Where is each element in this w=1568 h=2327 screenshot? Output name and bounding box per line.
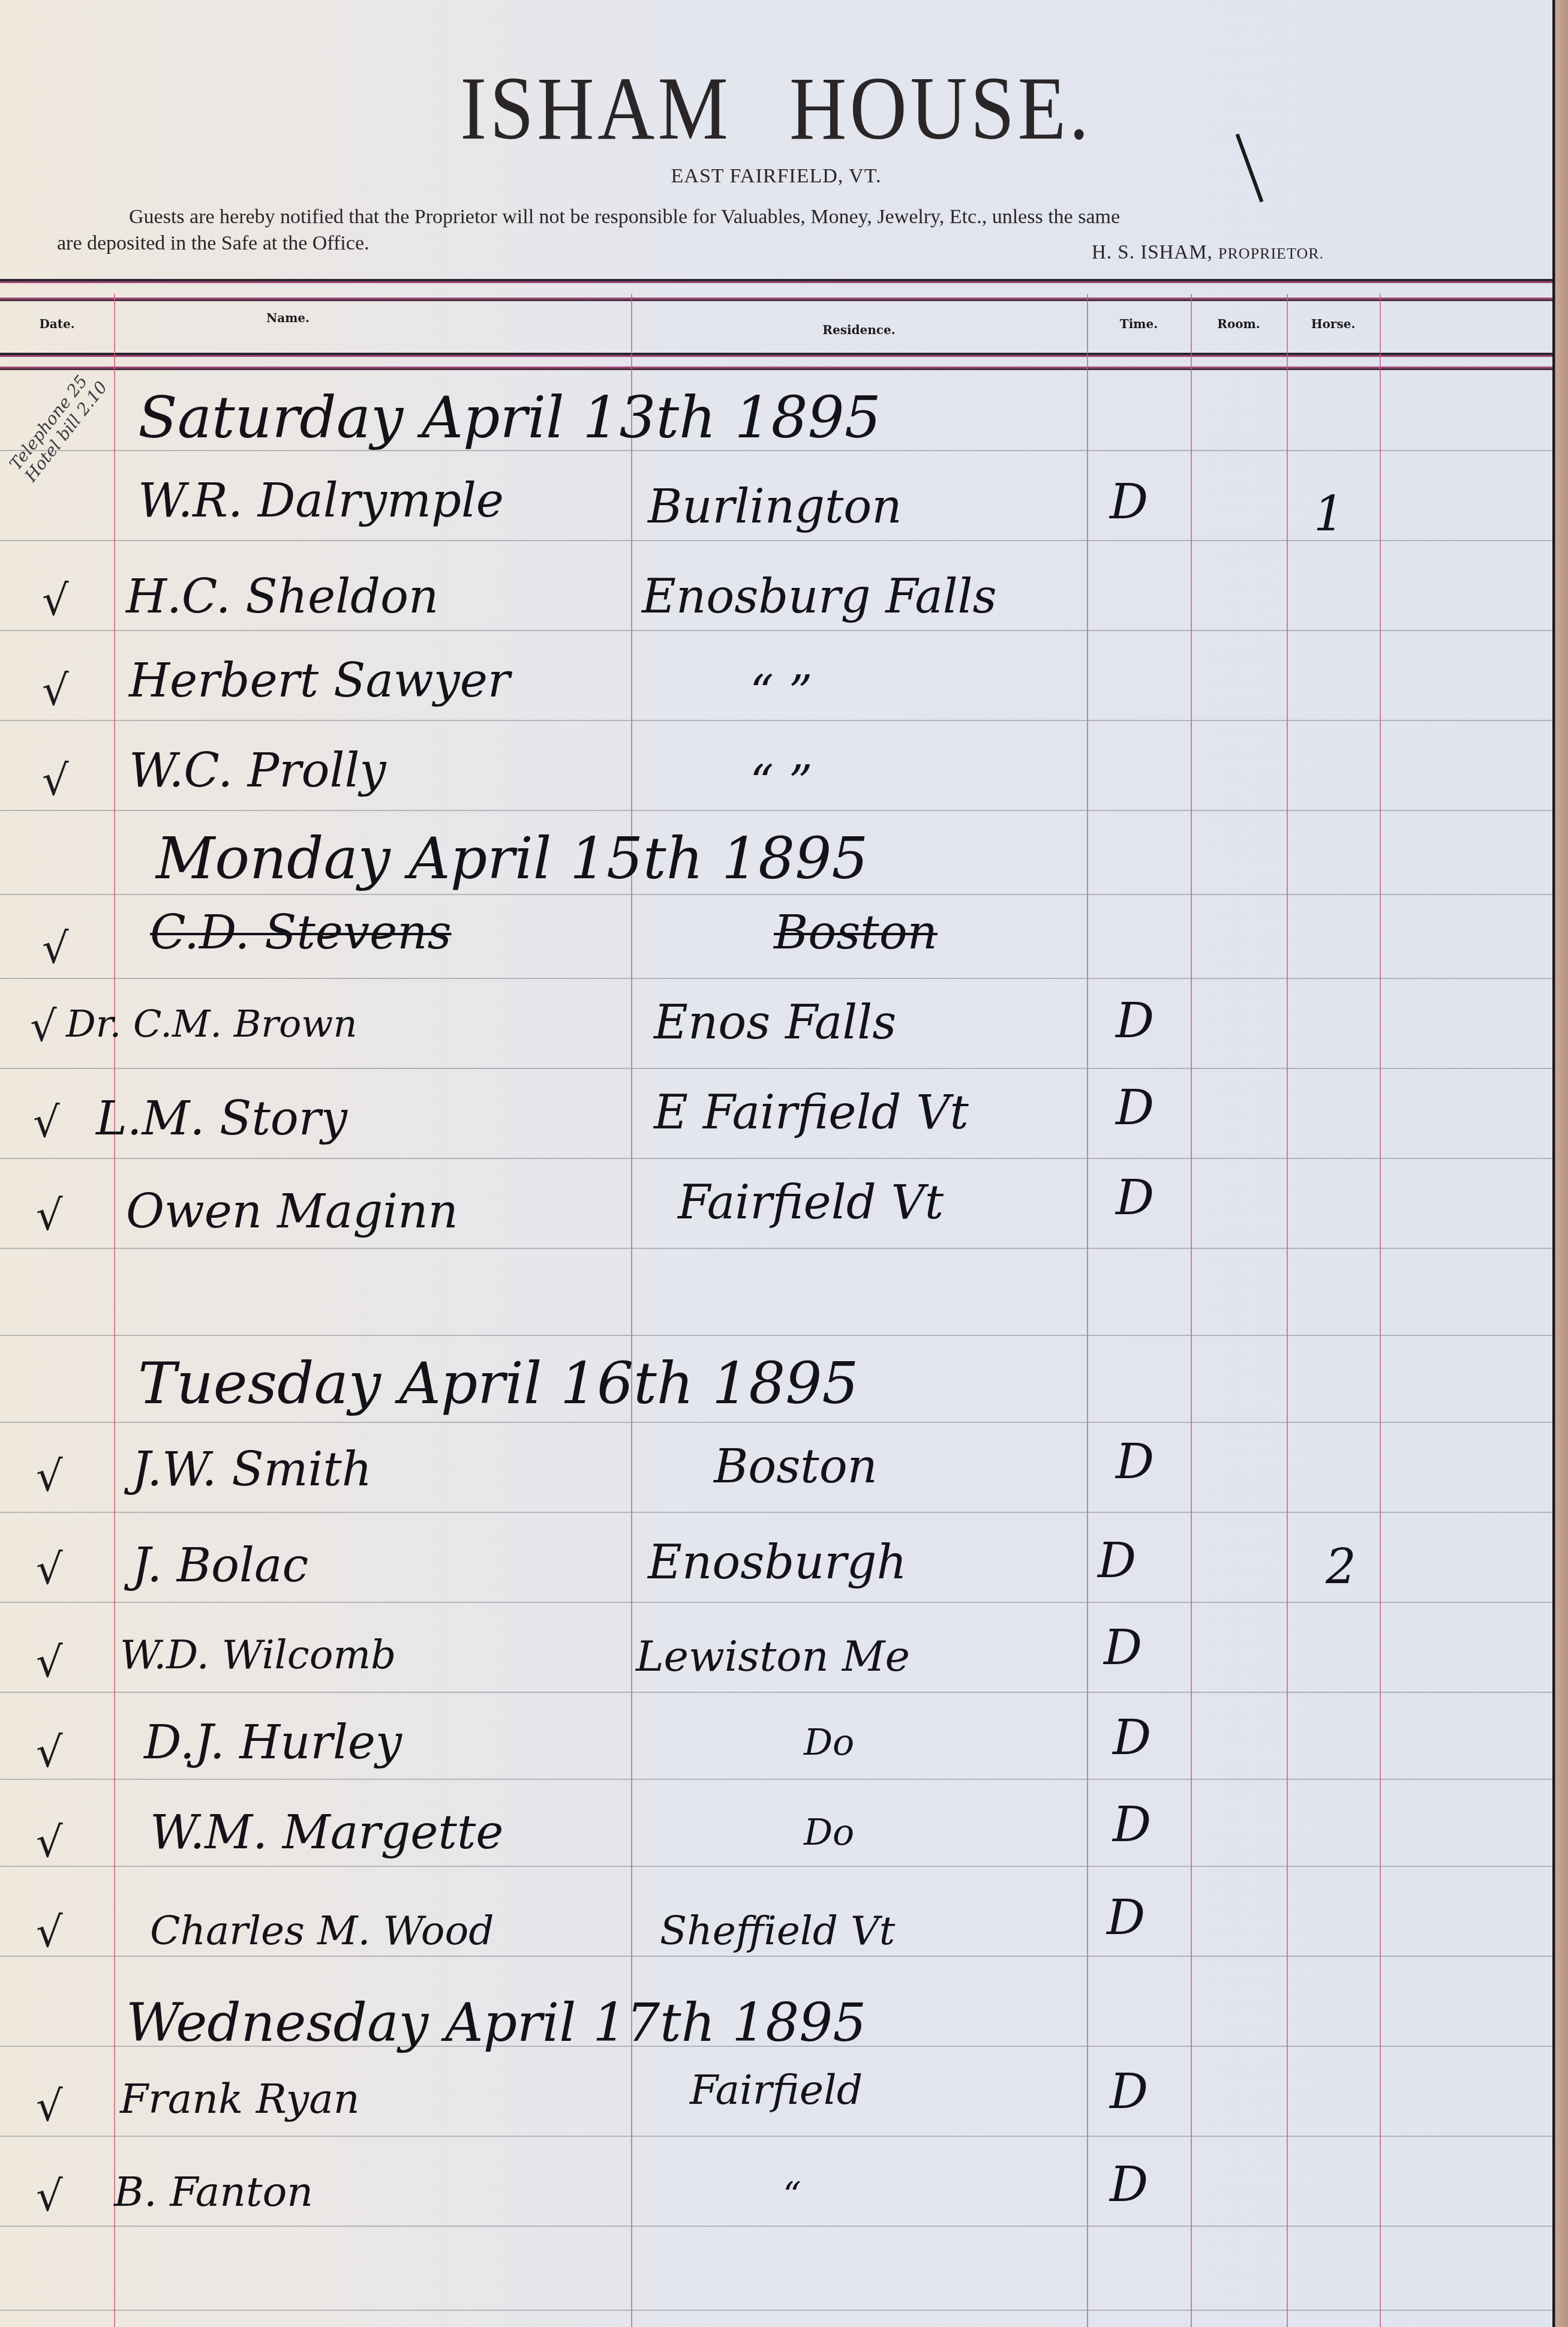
column-header-residence: Residence. <box>631 323 1087 337</box>
guest-time: D <box>1113 1710 1151 1765</box>
guest-time: D <box>1116 1080 1154 1136</box>
guest-time: D <box>1110 2064 1148 2119</box>
guest-time: D <box>1110 2157 1148 2212</box>
register-page: ISHAMHOUSE. EAST FAIRFIELD, VT. Guests a… <box>0 0 1552 2327</box>
day-header-tuesday: Tuesday April 16th 1895 <box>138 1350 858 1417</box>
column-header-room: Room. <box>1191 317 1287 331</box>
checkmark: √ <box>36 1728 63 1777</box>
column-divider-room <box>1287 294 1288 2327</box>
title-word-house: HOUSE. <box>789 59 1092 158</box>
checkmark: √ <box>36 1818 63 1867</box>
column-divider-date <box>114 294 115 2327</box>
proprietor-name: H. S. ISHAM, <box>1092 242 1218 263</box>
guest-time: D <box>1110 474 1148 530</box>
guest-name: W.C. Prolly <box>129 744 386 798</box>
guest-name: W.D. Wilcomb <box>120 1632 396 1678</box>
row-rule <box>0 720 1552 721</box>
row-rule <box>0 894 1552 895</box>
checkmark: √ <box>36 2082 63 2131</box>
notice-line-2: are deposited in the Safe at the Office. <box>57 232 370 254</box>
notice-line-1: Guests are hereby notified that the Prop… <box>57 204 1485 230</box>
checkmark: √ <box>36 1191 63 1240</box>
row-rule <box>0 1956 1552 1957</box>
guest-residence: Burlington <box>648 480 902 534</box>
title-word-isham: ISHAM <box>460 59 731 158</box>
row-rule <box>0 2310 1552 2311</box>
guest-name: Owen Maginn <box>126 1185 458 1239</box>
checkmark: √ <box>36 1452 63 1501</box>
guest-name: Charles M. Wood <box>150 1908 494 1954</box>
guest-time: D <box>1098 1533 1136 1589</box>
guest-residence: Enosburg Falls <box>642 570 997 624</box>
guest-time: D <box>1116 1434 1154 1490</box>
guest-time: D <box>1113 1797 1151 1852</box>
checkmark: √ <box>42 756 69 805</box>
guest-residence: Fairfield <box>690 2067 863 2114</box>
hotel-title: ISHAMHOUSE. <box>93 57 1459 160</box>
day-header-wednesday: Wednesday April 17th 1895 <box>126 1992 866 2053</box>
row-rule <box>0 2136 1552 2137</box>
row-rule <box>0 1068 1552 1069</box>
guest-residence-struck: Boston <box>774 906 938 960</box>
checkmark: √ <box>42 924 69 973</box>
checkmark: √ <box>36 1638 63 1687</box>
row-rule <box>0 1692 1552 1693</box>
checkmark: √ <box>33 1098 60 1147</box>
checkmark: √ <box>36 2172 63 2221</box>
guest-name: Herbert Sawyer <box>129 654 510 708</box>
day-header-monday: Monday April 15th 1895 <box>156 825 868 892</box>
guest-residence: Sheffield Vt <box>660 1908 895 1954</box>
hotel-location: EAST FAIRFIELD, VT. <box>0 165 1552 188</box>
column-divider-time <box>1191 294 1192 2327</box>
guest-name: B. Fanton <box>114 2169 313 2216</box>
guest-residence: Enosburgh <box>648 1536 907 1590</box>
row-rule <box>0 1158 1552 1159</box>
row-rule <box>0 2226 1552 2227</box>
guest-residence-ditto: “ ” <box>750 666 813 720</box>
guest-name: W.M. Margette <box>150 1806 503 1860</box>
row-rule <box>0 810 1552 811</box>
row-rule <box>0 630 1552 631</box>
checkmark: √ <box>42 576 69 625</box>
column-divider-horse <box>1380 294 1381 2327</box>
guest-residence: Boston <box>714 1440 878 1494</box>
guest-residence-ditto: Do <box>804 1722 854 1764</box>
row-rule <box>0 1866 1552 1867</box>
checkmark: √ <box>30 1002 57 1051</box>
guest-name: Dr. C.M. Brown <box>66 1002 357 1046</box>
book-binding-edge <box>1552 0 1568 2327</box>
guest-name: J.W. Smith <box>132 1443 372 1497</box>
guest-name: Frank Ryan <box>120 2076 360 2123</box>
column-header-time: Time. <box>1087 317 1191 331</box>
guest-time: D <box>1116 1170 1154 1226</box>
guest-name: H.C. Sheldon <box>126 570 438 624</box>
guest-horse: 2 <box>1326 1539 1356 1595</box>
row-rule <box>0 1248 1552 1249</box>
row-rule <box>0 1335 1552 1336</box>
guest-name: W.R. Dalrymple <box>138 474 504 528</box>
margin-note: Telephone 25 Hotel bill 2.10 <box>6 366 111 485</box>
row-rule <box>0 1422 1552 1423</box>
guest-name: D.J. Hurley <box>144 1716 402 1770</box>
checkmark: √ <box>36 1545 63 1594</box>
header-rule-top <box>0 279 1552 301</box>
guest-residence: Lewiston Me <box>636 1632 910 1681</box>
guest-time: D <box>1104 1620 1142 1676</box>
guest-residence-ditto: “ ” <box>750 756 813 810</box>
guest-name: L.M. Story <box>96 1092 347 1146</box>
guest-time: D <box>1116 993 1154 1049</box>
row-rule <box>0 1512 1552 1513</box>
guest-residence-ditto: “ <box>783 2175 801 2217</box>
header-rule-bottom <box>0 353 1552 370</box>
row-rule <box>0 1779 1552 1780</box>
row-rule <box>0 1602 1552 1603</box>
column-header-name: Name. <box>114 311 462 325</box>
row-rule <box>0 978 1552 979</box>
checkmark: √ <box>36 1908 63 1957</box>
proprietor-title: PROPRIETOR. <box>1218 245 1324 262</box>
guest-residence: E Fairfield Vt <box>654 1086 969 1140</box>
proprietor-signature: H. S. ISHAM, PROPRIETOR. <box>1092 242 1324 264</box>
column-header-date: Date. <box>0 317 114 331</box>
column-divider-residence <box>1087 294 1088 2327</box>
checkmark: √ <box>42 666 69 715</box>
guest-name-struck: C.D. Stevens <box>150 906 451 960</box>
guest-time: D <box>1107 1890 1145 1945</box>
day-header-saturday: Saturday April 13th 1895 <box>138 384 881 451</box>
guest-horse: 1 <box>1314 486 1344 542</box>
guest-name: J. Bolac <box>132 1539 308 1593</box>
guest-residence-ditto: Do <box>804 1812 854 1854</box>
guest-residence: Enos Falls <box>654 996 896 1050</box>
guest-residence: Fairfield Vt <box>678 1176 944 1230</box>
column-header-horse: Horse. <box>1287 317 1380 331</box>
